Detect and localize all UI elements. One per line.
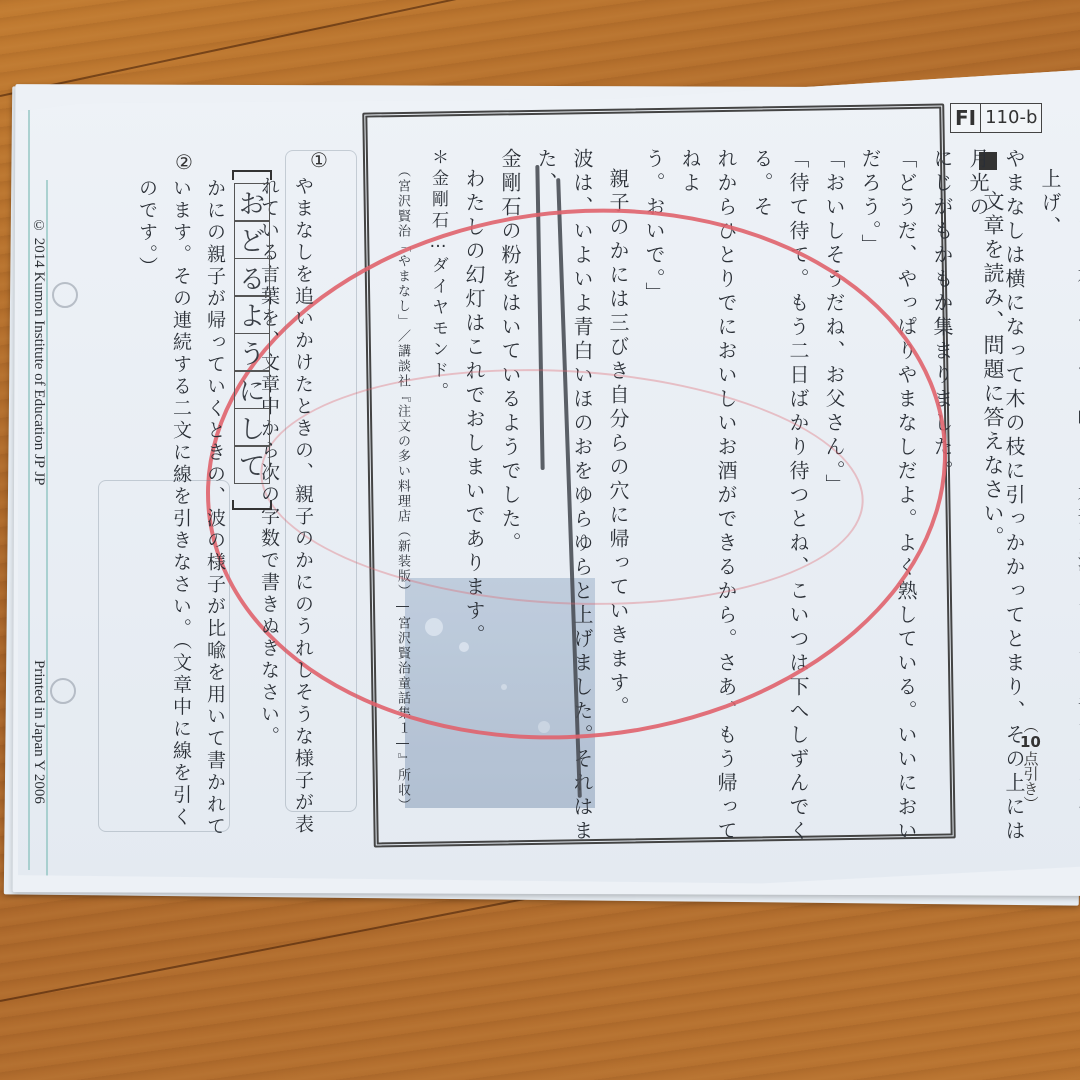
show-through-box	[285, 150, 357, 812]
answer-char-box[interactable]: し	[234, 408, 270, 447]
answer-char-box[interactable]: う	[234, 333, 270, 372]
level-code: FI	[951, 104, 981, 132]
sheet-code-box: FI 110-b	[950, 103, 1042, 133]
show-through-box	[98, 480, 230, 832]
copyright-notice: © 2014 Kumon Institute of Education JP J…	[30, 218, 47, 486]
sheet-number: 110-b	[981, 104, 1041, 132]
punch-hole	[50, 678, 76, 704]
table-seam-bottom	[0, 889, 570, 1002]
answer-char-box[interactable]: て	[234, 445, 270, 484]
passage-line: やまなしは横になって木の枝に引っかかってとまり、その上には月光の	[960, 148, 1032, 848]
answer-bracket	[232, 170, 272, 180]
passage-line: まもなく水はサラサラ鳴り、天井の波はいよいよ青いほのおを上げ、	[1032, 148, 1080, 848]
question-2-number: ②	[175, 150, 193, 174]
answer-char-box[interactable]: る	[234, 258, 270, 297]
answer-char-box[interactable]: よ	[234, 295, 270, 334]
answer-char-box[interactable]: ど	[234, 220, 270, 259]
table-seam-top	[0, 0, 460, 97]
answer-bracket	[232, 500, 272, 510]
answer-char-box[interactable]: お	[234, 183, 270, 222]
punch-hole	[52, 282, 78, 308]
answer-char-box[interactable]: に	[234, 370, 270, 409]
answer-1-boxes: お ど る よ う に し て	[234, 184, 270, 484]
print-info: Printed in Japan Y 2006	[30, 660, 47, 804]
